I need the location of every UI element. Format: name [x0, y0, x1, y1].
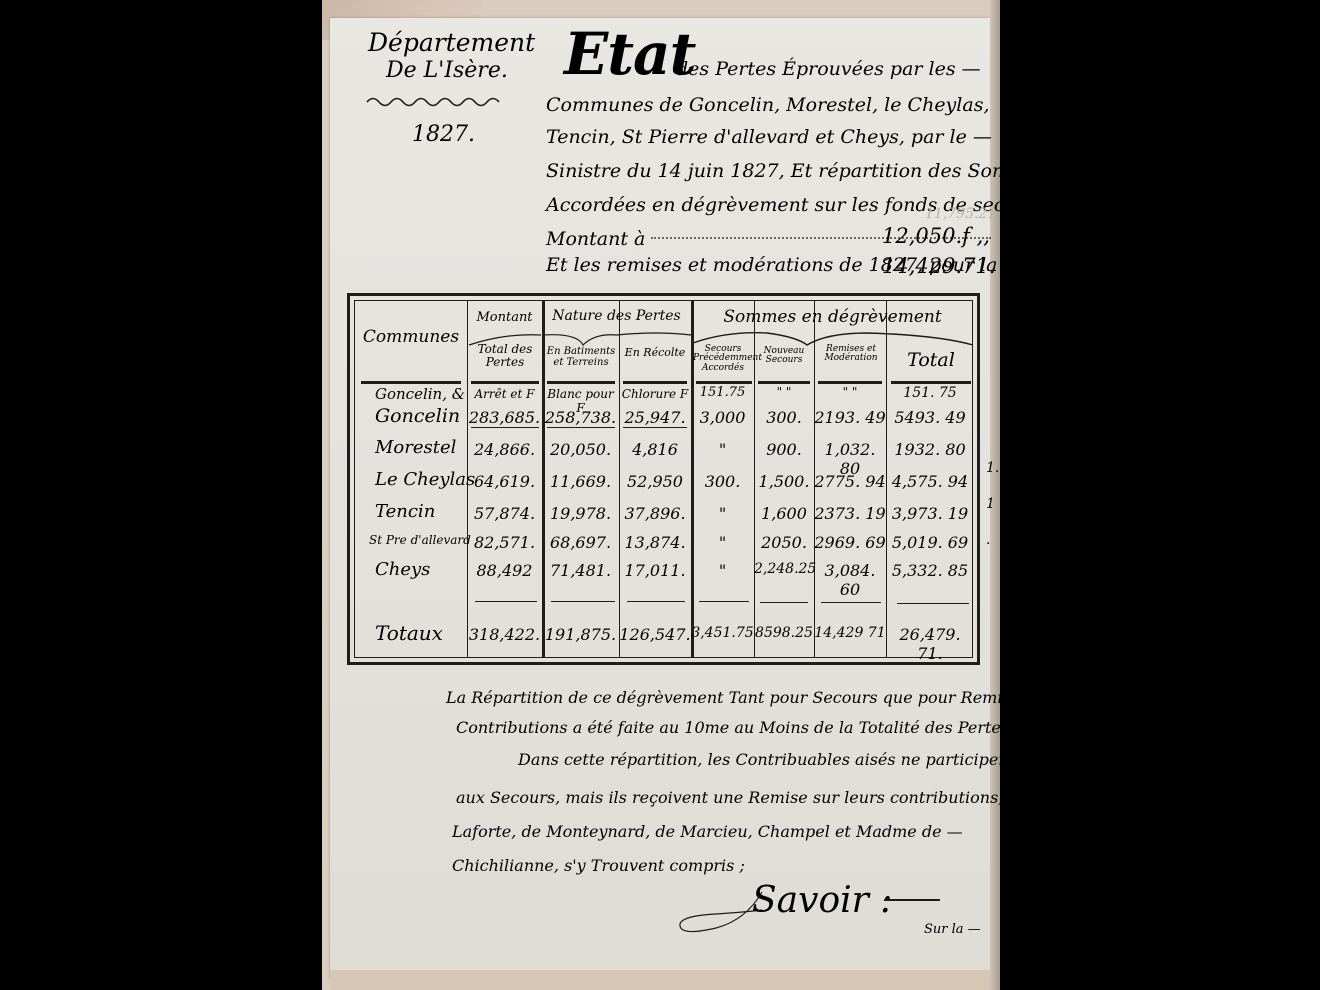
cell-recolte: 17,011. — [619, 561, 691, 580]
body-line-3: Dans cette répartition, les Contribuable… — [518, 750, 1048, 769]
cell-total-pertes: 24,866. — [467, 440, 542, 459]
department-label: Département — [368, 28, 535, 57]
cell-recolte: 4,816 — [619, 440, 691, 459]
region-label: De L'Isère. — [386, 58, 508, 83]
title-line-2: Communes de Goncelin, Morestel, le Cheyl… — [546, 94, 990, 116]
cell-remises: 2969. 69 — [814, 533, 886, 552]
cell-nouveau-secours: 300. — [754, 408, 814, 427]
cell-total: 3,973. 19 — [886, 504, 974, 523]
cell-batiments: 71,481. — [542, 561, 619, 580]
body-line-5: Laforte, de Monteynard, de Marcieu, Cham… — [452, 822, 963, 841]
cell-total-pertes: 88,492 — [467, 561, 542, 580]
total-remises: 14,429 71 — [814, 625, 886, 641]
totals-rule — [699, 601, 749, 602]
cell-total-pertes: 283,685. — [467, 408, 542, 427]
header-underline — [696, 381, 752, 384]
year-label: 1827. — [412, 122, 475, 147]
cell-remises: 3,084. 60 — [814, 561, 886, 599]
closing-word: Savoir : — [752, 880, 892, 921]
row-commune: Morestel — [375, 437, 456, 458]
header-nature: Nature des Pertes — [542, 309, 691, 324]
cell-total: 1932. 80 — [886, 440, 974, 459]
table-inner-border: Communes Montant Nature des Pertes Somme… — [354, 300, 973, 658]
header-communes: Communes — [355, 329, 467, 347]
cell-nouveau-secours: 1,600 — [754, 504, 814, 523]
cell-remises: 2373. 19 — [814, 504, 886, 523]
totals-rule — [821, 602, 881, 603]
totals-rule — [551, 601, 615, 602]
units-recolte: Chlorure F — [619, 387, 691, 401]
header-total: Total — [888, 351, 974, 371]
body-line-4: aux Secours, mais ils reçoivent une Remi… — [456, 788, 1062, 807]
totals-rule — [897, 603, 969, 604]
cell-batiments: 258,738. — [542, 408, 619, 427]
cell-batiments: 20,050. — [542, 440, 619, 459]
units-nouveau-secours: " " — [754, 385, 814, 399]
units-total-pertes: Arrêt et F — [467, 387, 542, 401]
cell-secours-prec: " — [691, 440, 754, 459]
closing-dash — [884, 899, 940, 901]
total-nouveau-secours: 8598.25 — [754, 625, 814, 641]
cell-batiments: 11,669. — [542, 472, 619, 491]
remises-line: Et les remises et modérations de 1827, p… — [546, 254, 1075, 276]
header-underline — [547, 381, 615, 384]
page-bottom-edge — [330, 970, 990, 990]
total-batiments: 191,875. — [542, 625, 619, 644]
title-line-5: Accordées en dégrèvement sur les fonds d… — [546, 194, 1137, 216]
totals-rule — [475, 601, 537, 602]
cell-secours-prec: 300. — [691, 472, 754, 491]
cell-remises: 2193. 49 — [814, 408, 886, 427]
cell-secours-prec: " — [691, 504, 754, 523]
cell-total: 5,019. 69 — [886, 533, 974, 552]
header-batiments: En Batiments et Terreins — [545, 347, 617, 368]
total-total-pertes: 318,422. — [467, 625, 542, 644]
cell-nouveau-secours: 1,500. — [754, 472, 814, 491]
row-commune: Goncelin — [375, 405, 460, 427]
row-commune: Le Cheylas — [375, 469, 475, 490]
header-underline — [471, 381, 539, 384]
cell-recolte: 52,950 — [619, 472, 691, 491]
units-remises: " " — [814, 385, 886, 399]
totals-rule — [627, 601, 685, 602]
montant-value: 12,050.f ,, — [882, 224, 990, 248]
flourish-divider — [365, 95, 505, 109]
title-line-4: Sinistre du 14 juin 1827, Et répartition… — [546, 160, 1049, 182]
margin-marks: 1. 1 . — [986, 450, 999, 558]
remises-value: 14,429.71. — [882, 254, 996, 278]
cell-total-pertes: 64,619. — [467, 472, 542, 491]
cell-total: 5,332. 85 — [886, 561, 974, 580]
cell-secours-prec: 3,000 — [691, 408, 754, 427]
totals-rule — [760, 602, 808, 603]
header-nouveau-secours: Nouveau Secours — [756, 347, 812, 366]
cell-total: 5493. 49 — [886, 408, 974, 427]
header-sommes: Sommes en dégrèvement — [691, 309, 974, 327]
montant-label: Montant à — [546, 228, 645, 250]
cell-nouveau-secours: 2050. — [754, 533, 814, 552]
total-recolte: 126,547. — [619, 625, 691, 644]
row-commune: Tencin — [375, 501, 435, 522]
cell-remises: 2775. 94 — [814, 472, 886, 491]
units-secours-prec: 151.75 — [691, 385, 754, 400]
losses-table: Communes Montant Nature des Pertes Somme… — [347, 293, 980, 665]
title-line-3: Tencin, St Pierre d'allevard et Cheys, p… — [546, 126, 992, 148]
header-recolte: En Récolte — [621, 347, 689, 359]
header-underline — [758, 381, 810, 384]
cell-nouveau-secours: 2,248.25 — [754, 561, 814, 577]
cell-secours-prec: " — [691, 533, 754, 552]
cell-recolte: 25,947. — [619, 408, 691, 427]
cell-total-pertes: 57,874. — [467, 504, 542, 523]
body-line-1: La Répartition de ce dégrèvement Tant po… — [446, 688, 1051, 707]
header-secours-prec: Secours Précédemment Accordés — [693, 345, 753, 373]
row-underline — [547, 427, 615, 428]
units-total: 151. 75 — [886, 385, 974, 401]
cell-recolte: 13,874. — [619, 533, 691, 552]
cell-total-pertes: 82,571. — [467, 533, 542, 552]
catchword: Sur la — — [924, 922, 981, 937]
row-underline — [623, 427, 687, 428]
header-remises: Remises et Modération — [816, 345, 886, 364]
header-montant: Montant — [467, 311, 542, 325]
header-underline — [891, 381, 971, 384]
row-underline — [471, 427, 539, 428]
row-commune: St Pre d'allevard — [369, 533, 471, 547]
header-total-pertes: Total des Pertes — [471, 343, 539, 368]
cell-total: 4,575. 94 — [886, 472, 974, 491]
cell-secours-prec: " — [691, 561, 754, 580]
cell-nouveau-secours: 900. — [754, 440, 814, 459]
total-total: 26,479. 71. — [886, 625, 974, 663]
pencil-annotation: 11,795.21 — [925, 206, 996, 222]
header-underline — [623, 381, 687, 384]
body-line-2: Contributions a été faite au 10me au Moi… — [456, 718, 1009, 737]
row-commune: Cheys — [375, 559, 430, 580]
units-commune: Goncelin, & — [375, 385, 465, 403]
cell-batiments: 68,697. — [542, 533, 619, 552]
cell-recolte: 37,896. — [619, 504, 691, 523]
title-line-1: des Pertes Éprouvées par les — — [676, 58, 981, 80]
totals-label: Totaux — [375, 621, 443, 645]
total-secours-prec: 3,451.75 — [691, 625, 754, 641]
header-underline — [818, 381, 882, 384]
body-line-6: Chichilianne, s'y Trouvent compris ; — [452, 856, 745, 875]
cell-batiments: 19,978. — [542, 504, 619, 523]
header-underline — [361, 381, 461, 384]
